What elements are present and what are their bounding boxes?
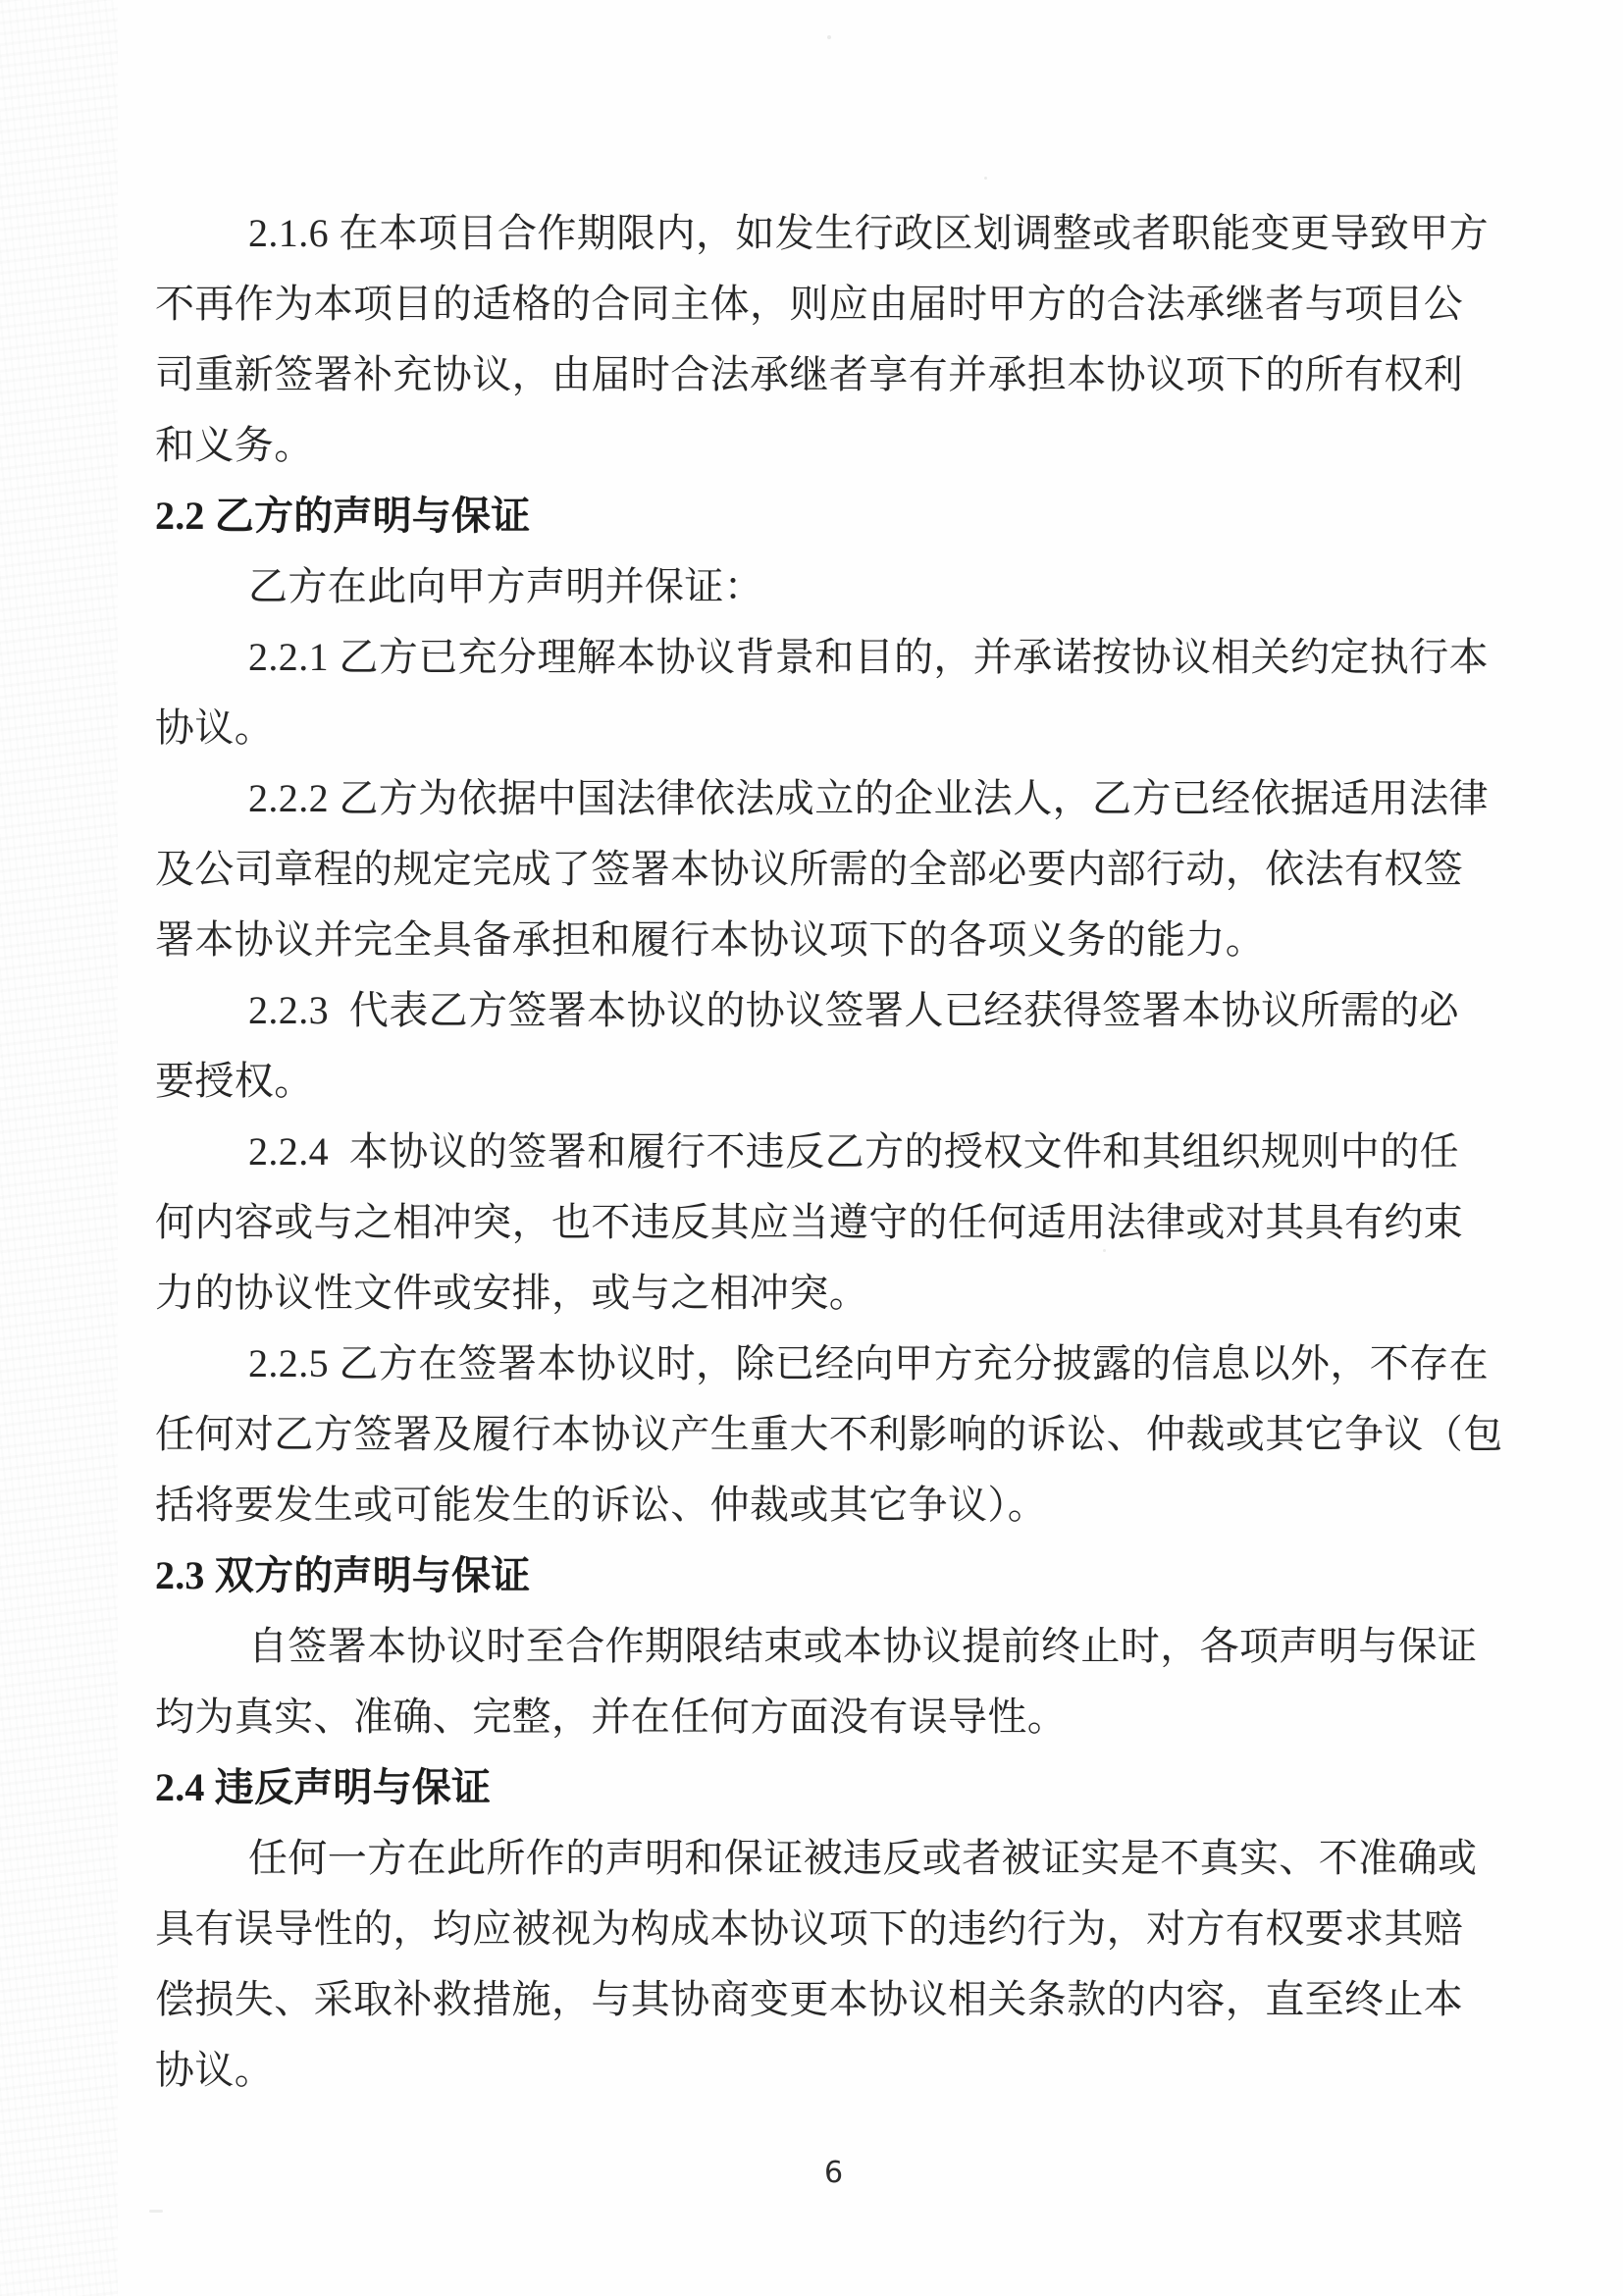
clause-2-1-6: 2.1.6 在本项目合作期限内，如发生行政区划调整或者职能变更导致甲方 不再作为… bbox=[155, 198, 1490, 481]
document-page: 2.1.6 在本项目合作期限内，如发生行政区划调整或者职能变更导致甲方 不再作为… bbox=[0, 0, 1623, 2296]
page-number: 6 bbox=[824, 2159, 843, 2188]
section-heading-2-2: 2.2 乙方的声明与保证 bbox=[155, 481, 1490, 551]
section-heading-2-3: 2.3 双方的声明与保证 bbox=[155, 1540, 1490, 1611]
scan-speck bbox=[827, 35, 831, 39]
contract-text-body: 2.1.6 在本项目合作期限内，如发生行政区划调整或者职能变更导致甲方 不再作为… bbox=[155, 198, 1490, 2106]
clause-2-4: 任何一方在此所作的声明和保证被违反或者被证实是不真实、不准确或 具有误导性的，均… bbox=[155, 1823, 1490, 2106]
clause-2-2-2: 2.2.2 乙方为依据中国法律依法成立的企业法人，乙方已经依据适用法律 及公司章… bbox=[155, 763, 1490, 975]
scan-noise-left-edge bbox=[0, 0, 118, 2296]
clause-2-2-intro: 乙方在此向甲方声明并保证： bbox=[155, 551, 1490, 622]
clause-2-2-3: 2.2.3 代表乙方签署本协议的协议签署人已经获得签署本协议所需的必 要授权。 bbox=[155, 975, 1490, 1117]
clause-2-2-1: 2.2.1 乙方已充分理解本协议背景和目的，并承诺按协议相关约定执行本 协议。 bbox=[155, 622, 1490, 763]
clause-2-3: 自签署本协议时至合作期限结束或本协议提前终止时，各项声明与保证 均为真实、准确、… bbox=[155, 1611, 1490, 1752]
clause-2-2-4: 2.2.4 本协议的签署和履行不违反乙方的授权文件和其组织规则中的任 何内容或与… bbox=[155, 1117, 1490, 1329]
scan-speck bbox=[149, 2210, 163, 2213]
clause-2-2-5: 2.2.5 乙方在签署本协议时，除已经向甲方充分披露的信息以外，不存在 任何对乙… bbox=[155, 1329, 1490, 1540]
scan-speck bbox=[984, 177, 987, 180]
section-heading-2-4: 2.4 违反声明与保证 bbox=[155, 1752, 1490, 1823]
